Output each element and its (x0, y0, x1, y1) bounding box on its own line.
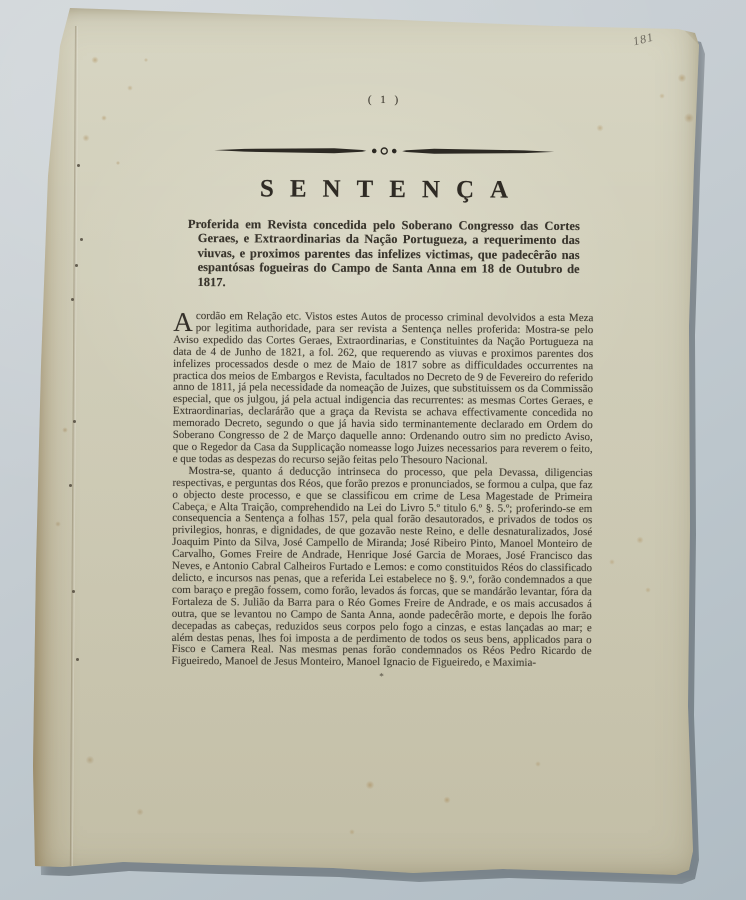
folded-corner (682, 28, 700, 46)
page-number: ( 1 ) (174, 93, 594, 107)
document-subtitle: Proferida em Revista concedida pelo Sobe… (188, 217, 580, 291)
stitch-hole (71, 298, 74, 301)
body-paragraph-1-text: cordão em Relação etc. Vistos estes Auto… (173, 310, 594, 466)
handwritten-folio-number: 181 (631, 30, 655, 50)
stitch-hole (69, 484, 72, 487)
stitch-hole (72, 590, 75, 593)
stitch-hole (77, 164, 80, 167)
photo-backdrop: 181 ( 1 ) SENTENÇA Proferida em Revista … (0, 0, 746, 900)
stitch-hole (76, 658, 79, 661)
body-paragraph-2: Mostra-se, quanto á deducção intrinseca … (172, 466, 593, 671)
printed-text-block: ( 1 ) SENTENÇA Proferida em Revista conc… (171, 93, 594, 682)
stitch-hole (80, 238, 83, 241)
paper-sheet: 181 ( 1 ) SENTENÇA Proferida em Revista … (33, 6, 702, 880)
drop-cap-letter: A (173, 311, 196, 333)
body-paragraph-1: Acordão em Relação etc. Vistos estes Aut… (173, 311, 594, 468)
stitch-hole (75, 264, 78, 267)
document-title: SENTENÇA (174, 175, 594, 205)
signature-mark: * (171, 670, 591, 682)
divider-ornament (214, 145, 554, 157)
stitch-hole (73, 420, 76, 423)
